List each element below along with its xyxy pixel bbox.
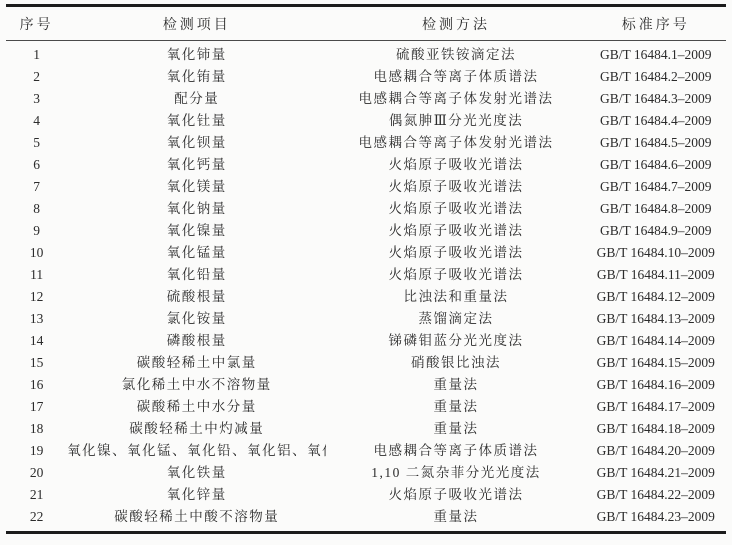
serial-cell: 15 [6, 352, 67, 374]
item-cell: 氧化铕量 [67, 66, 326, 88]
standard-cell: GB/T 16484.3–2009 [586, 88, 726, 110]
method-cell: 偶氮胂Ⅲ分光光度法 [326, 110, 585, 132]
method-cell: 重量法 [326, 506, 585, 533]
table-row: 2氧化铕量电感耦合等离子体质谱法GB/T 16484.2–2009 [6, 66, 726, 88]
serial-cell: 20 [6, 462, 67, 484]
item-cell: 配分量 [67, 88, 326, 110]
method-cell: 锑磷钼蓝分光光度法 [326, 330, 585, 352]
item-cell: 氯化铵量 [67, 308, 326, 330]
method-cell: 火焰原子吸收光谱法 [326, 264, 585, 286]
standard-cell: GB/T 16484.21–2009 [586, 462, 726, 484]
col-header-item: 检测项目 [67, 6, 326, 41]
item-cell: 氯化稀土中水不溶物量 [67, 374, 326, 396]
serial-cell: 13 [6, 308, 67, 330]
item-cell: 氧化铅量 [67, 264, 326, 286]
table-row: 3配分量电感耦合等离子体发射光谱法GB/T 16484.3–2009 [6, 88, 726, 110]
standard-cell: GB/T 16484.18–2009 [586, 418, 726, 440]
serial-cell: 16 [6, 374, 67, 396]
document-page: 序号 检测项目 检测方法 标准序号 1氧化铈量硫酸亚铁铵滴定法GB/T 1648… [0, 0, 732, 545]
method-cell: 火焰原子吸收光谱法 [326, 154, 585, 176]
method-cell: 比浊法和重量法 [326, 286, 585, 308]
item-cell: 氧化镁量 [67, 176, 326, 198]
item-cell: 氧化钍量 [67, 110, 326, 132]
standard-cell: GB/T 16484.8–2009 [586, 198, 726, 220]
standard-cell: GB/T 16484.7–2009 [586, 176, 726, 198]
standard-cell: GB/T 16484.6–2009 [586, 154, 726, 176]
item-cell: 硫酸根量 [67, 286, 326, 308]
item-cell: 碳酸稀土中水分量 [67, 396, 326, 418]
serial-cell: 10 [6, 242, 67, 264]
serial-cell: 2 [6, 66, 67, 88]
standard-cell: GB/T 16484.10–2009 [586, 242, 726, 264]
method-cell: 重量法 [326, 418, 585, 440]
table-row: 1氧化铈量硫酸亚铁铵滴定法GB/T 16484.1–2009 [6, 41, 726, 67]
table-row: 15碳酸轻稀土中氯量硝酸银比浊法GB/T 16484.15–2009 [6, 352, 726, 374]
serial-cell: 5 [6, 132, 67, 154]
serial-cell: 19 [6, 440, 67, 462]
item-cell: 氧化锌量 [67, 484, 326, 506]
serial-cell: 3 [6, 88, 67, 110]
item-cell: 氧化钙量 [67, 154, 326, 176]
method-cell: 电感耦合等离子体发射光谱法 [326, 88, 585, 110]
table-header-row: 序号 检测项目 检测方法 标准序号 [6, 6, 726, 41]
method-cell: 火焰原子吸收光谱法 [326, 242, 585, 264]
table-body: 1氧化铈量硫酸亚铁铵滴定法GB/T 16484.1–20092氧化铕量电感耦合等… [6, 41, 726, 533]
method-cell: 火焰原子吸收光谱法 [326, 220, 585, 242]
standard-cell: GB/T 16484.1–2009 [586, 41, 726, 67]
method-cell: 火焰原子吸收光谱法 [326, 484, 585, 506]
test-methods-table: 序号 检测项目 检测方法 标准序号 1氧化铈量硫酸亚铁铵滴定法GB/T 1648… [6, 4, 726, 534]
standard-cell: GB/T 16484.5–2009 [586, 132, 726, 154]
table-row: 13氯化铵量蒸馏滴定法GB/T 16484.13–2009 [6, 308, 726, 330]
standard-cell: GB/T 16484.2–2009 [586, 66, 726, 88]
standard-cell: GB/T 16484.15–2009 [586, 352, 726, 374]
serial-cell: 18 [6, 418, 67, 440]
table-header: 序号 检测项目 检测方法 标准序号 [6, 6, 726, 41]
standard-cell: GB/T 16484.16–2009 [586, 374, 726, 396]
method-cell: 火焰原子吸收光谱法 [326, 176, 585, 198]
table-row: 5氧化钡量电感耦合等离子体发射光谱法GB/T 16484.5–2009 [6, 132, 726, 154]
serial-cell: 17 [6, 396, 67, 418]
serial-cell: 7 [6, 176, 67, 198]
serial-cell: 11 [6, 264, 67, 286]
item-cell: 碳酸轻稀土中酸不溶物量 [67, 506, 326, 533]
item-cell: 氧化铈量 [67, 41, 326, 67]
table-row: 12硫酸根量比浊法和重量法GB/T 16484.12–2009 [6, 286, 726, 308]
table-row: 4氧化钍量偶氮胂Ⅲ分光光度法GB/T 16484.4–2009 [6, 110, 726, 132]
method-cell: 硝酸银比浊法 [326, 352, 585, 374]
standard-cell: GB/T 16484.17–2009 [586, 396, 726, 418]
serial-cell: 22 [6, 506, 67, 533]
table-row: 9氧化镍量火焰原子吸收光谱法GB/T 16484.9–2009 [6, 220, 726, 242]
item-cell: 氧化镍、氧化锰、氧化铅、氧化铝、氧化锌、氧化钍 [67, 440, 326, 462]
table-row: 11氧化铅量火焰原子吸收光谱法GB/T 16484.11–2009 [6, 264, 726, 286]
standard-cell: GB/T 16484.4–2009 [586, 110, 726, 132]
table-row: 19氧化镍、氧化锰、氧化铅、氧化铝、氧化锌、氧化钍电感耦合等离子体质谱法GB/T… [6, 440, 726, 462]
standard-cell: GB/T 16484.13–2009 [586, 308, 726, 330]
table-row: 6氧化钙量火焰原子吸收光谱法GB/T 16484.6–2009 [6, 154, 726, 176]
method-cell: 重量法 [326, 396, 585, 418]
method-cell: 硫酸亚铁铵滴定法 [326, 41, 585, 67]
item-cell: 氧化钠量 [67, 198, 326, 220]
table-row: 8氧化钠量火焰原子吸收光谱法GB/T 16484.8–2009 [6, 198, 726, 220]
serial-cell: 1 [6, 41, 67, 67]
table-row: 22碳酸轻稀土中酸不溶物量重量法GB/T 16484.23–2009 [6, 506, 726, 533]
col-header-serial: 序号 [6, 6, 67, 41]
standard-cell: GB/T 16484.20–2009 [586, 440, 726, 462]
col-header-standard: 标准序号 [586, 6, 726, 41]
serial-cell: 9 [6, 220, 67, 242]
serial-cell: 8 [6, 198, 67, 220]
serial-cell: 14 [6, 330, 67, 352]
method-cell: 蒸馏滴定法 [326, 308, 585, 330]
serial-cell: 6 [6, 154, 67, 176]
item-cell: 碳酸轻稀土中灼减量 [67, 418, 326, 440]
table-row: 18碳酸轻稀土中灼减量重量法GB/T 16484.18–2009 [6, 418, 726, 440]
standard-cell: GB/T 16484.12–2009 [586, 286, 726, 308]
standard-cell: GB/T 16484.23–2009 [586, 506, 726, 533]
item-cell: 碳酸轻稀土中氯量 [67, 352, 326, 374]
table-row: 20氧化铁量1,10 二氮杂菲分光光度法GB/T 16484.21–2009 [6, 462, 726, 484]
serial-cell: 21 [6, 484, 67, 506]
method-cell: 电感耦合等离子体发射光谱法 [326, 132, 585, 154]
item-cell: 氧化锰量 [67, 242, 326, 264]
method-cell: 电感耦合等离子体质谱法 [326, 440, 585, 462]
item-cell: 磷酸根量 [67, 330, 326, 352]
table-row: 17碳酸稀土中水分量重量法GB/T 16484.17–2009 [6, 396, 726, 418]
table-row: 21氧化锌量火焰原子吸收光谱法GB/T 16484.22–2009 [6, 484, 726, 506]
method-cell: 电感耦合等离子体质谱法 [326, 66, 585, 88]
item-cell: 氧化铁量 [67, 462, 326, 484]
item-cell: 氧化钡量 [67, 132, 326, 154]
item-cell: 氧化镍量 [67, 220, 326, 242]
table-row: 7氧化镁量火焰原子吸收光谱法GB/T 16484.7–2009 [6, 176, 726, 198]
standard-cell: GB/T 16484.11–2009 [586, 264, 726, 286]
method-cell: 重量法 [326, 374, 585, 396]
standard-cell: GB/T 16484.9–2009 [586, 220, 726, 242]
method-cell: 火焰原子吸收光谱法 [326, 198, 585, 220]
table-row: 14磷酸根量锑磷钼蓝分光光度法GB/T 16484.14–2009 [6, 330, 726, 352]
table-row: 10氧化锰量火焰原子吸收光谱法GB/T 16484.10–2009 [6, 242, 726, 264]
serial-cell: 12 [6, 286, 67, 308]
standard-cell: GB/T 16484.14–2009 [586, 330, 726, 352]
col-header-method: 检测方法 [326, 6, 585, 41]
method-cell: 1,10 二氮杂菲分光光度法 [326, 462, 585, 484]
standard-cell: GB/T 16484.22–2009 [586, 484, 726, 506]
serial-cell: 4 [6, 110, 67, 132]
table-row: 16氯化稀土中水不溶物量重量法GB/T 16484.16–2009 [6, 374, 726, 396]
